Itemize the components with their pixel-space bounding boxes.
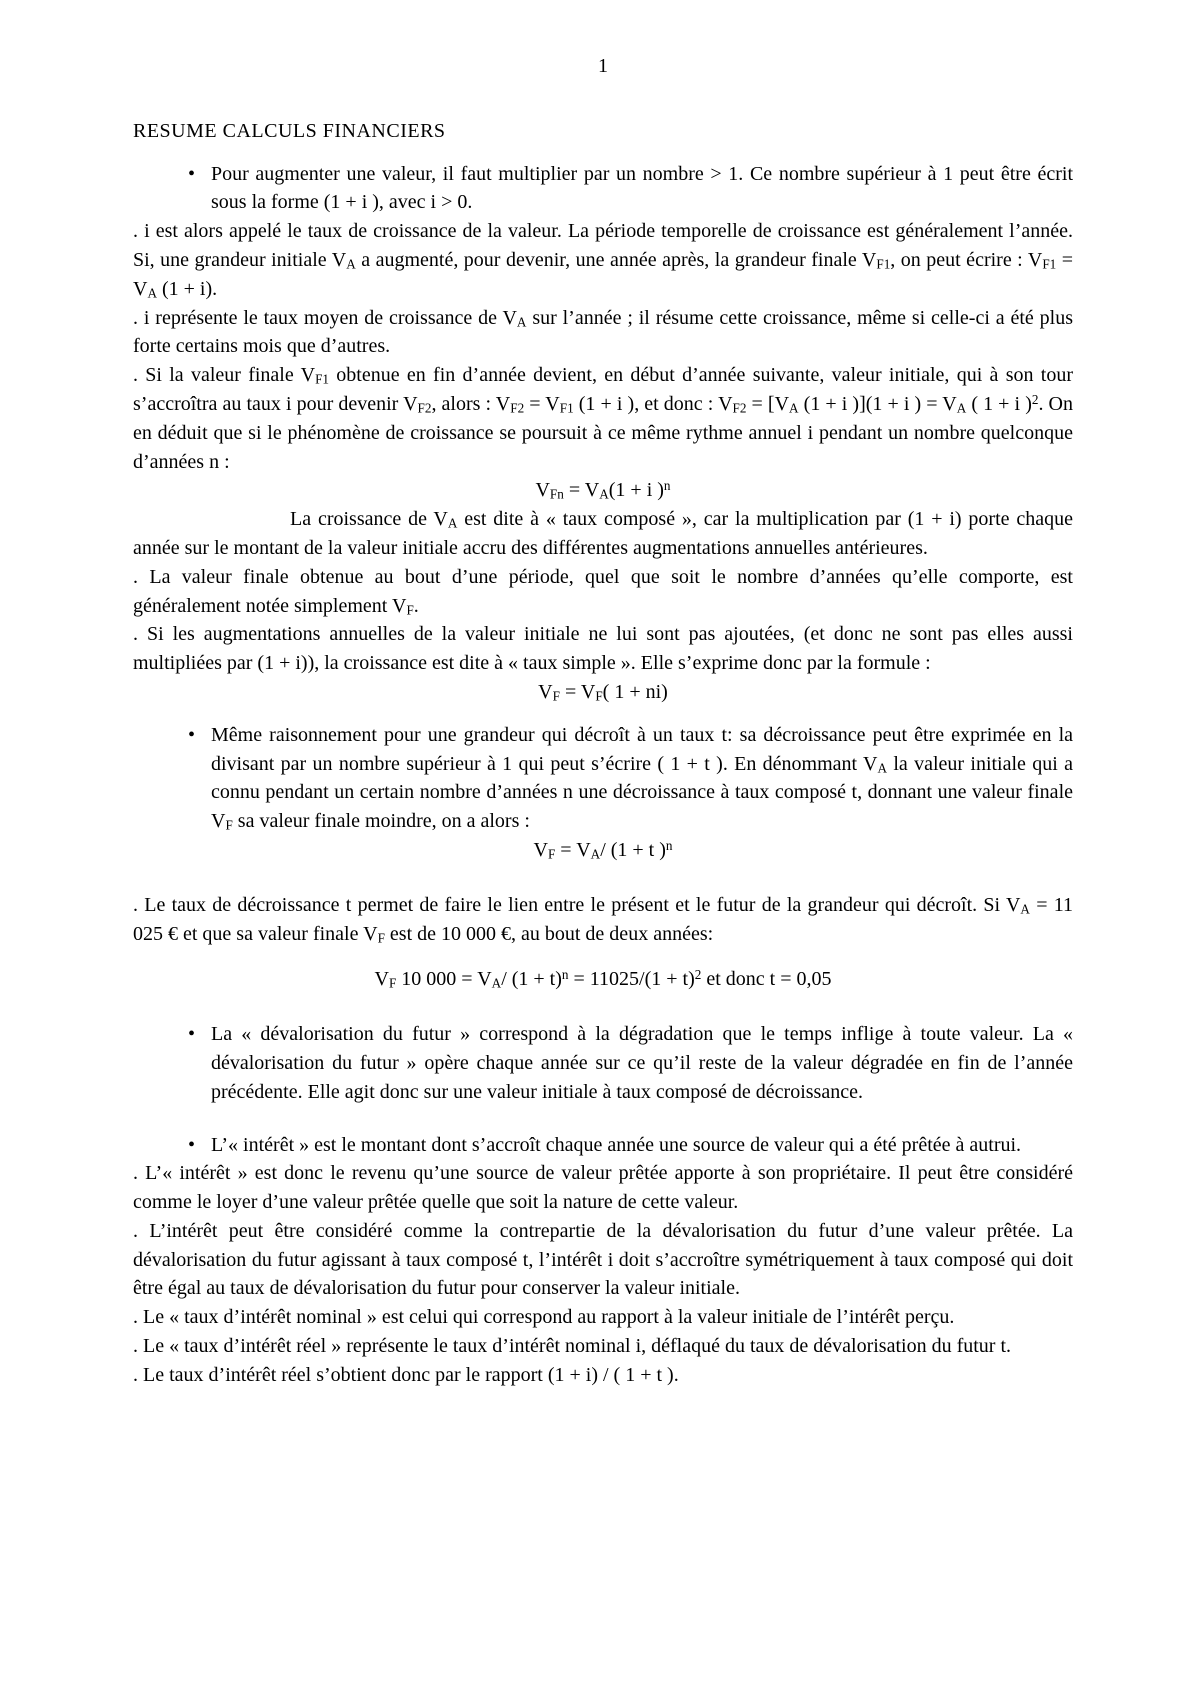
paragraph: . i représente le taux moyen de croissan… bbox=[133, 304, 1073, 362]
document-page: 1 RESUME CALCULS FINANCIERS • Pour augme… bbox=[0, 0, 1200, 1390]
formula-line: VFn = VA(1 + i )n bbox=[133, 476, 1073, 505]
bullet-item: • La « dévalorisation du futur » corresp… bbox=[133, 1020, 1073, 1106]
paragraph: La croissance de VA est dite à « taux co… bbox=[133, 505, 1073, 563]
bullet-item: • L’« intérêt » est le montant dont s’ac… bbox=[133, 1131, 1073, 1160]
paragraph: . L’« intérêt » est donc le revenu qu’un… bbox=[133, 1159, 1073, 1217]
bullet-marker: • bbox=[188, 721, 195, 750]
bullet-text: La « dévalorisation du futur » correspon… bbox=[211, 1023, 1073, 1103]
paragraph: . i est alors appelé le taux de croissan… bbox=[133, 217, 1073, 303]
paragraph: . Le taux d’intérêt réel s’obtient donc … bbox=[133, 1361, 1073, 1390]
formula-line: VF = VA/ (1 + t )n bbox=[133, 836, 1073, 865]
paragraph: . L’intérêt peut être considéré comme la… bbox=[133, 1217, 1073, 1303]
bullet-text: Pour augmenter une valeur, il faut multi… bbox=[211, 163, 1073, 214]
formula-line: VF = VF( 1 + ni) bbox=[133, 678, 1073, 707]
bullet-marker: • bbox=[188, 160, 195, 189]
bullet-item: • Même raisonnement pour une grandeur qu… bbox=[133, 721, 1073, 836]
paragraph: . Le taux de décroissance t permet de fa… bbox=[133, 891, 1073, 949]
paragraph: . Le « taux d’intérêt nominal » est celu… bbox=[133, 1303, 1073, 1332]
document-title: RESUME CALCULS FINANCIERS bbox=[133, 117, 1073, 146]
paragraph: . Si les augmentations annuelles de la v… bbox=[133, 620, 1073, 678]
bullet-text: L’« intérêt » est le montant dont s’accr… bbox=[211, 1134, 1021, 1156]
bullet-marker: • bbox=[188, 1131, 195, 1160]
formula-line: VF 10 000 = VA/ (1 + t)n = 11025/(1 + t)… bbox=[133, 965, 1073, 994]
paragraph: . Si la valeur finale VF1 obtenue en fin… bbox=[133, 361, 1073, 476]
paragraph: . Le « taux d’intérêt réel » représente … bbox=[133, 1332, 1073, 1361]
page-number: 1 bbox=[133, 52, 1073, 81]
bullet-item: • Pour augmenter une valeur, il faut mul… bbox=[133, 160, 1073, 218]
bullet-marker: • bbox=[188, 1020, 195, 1049]
bullet-text: Même raisonnement pour une grandeur qui … bbox=[211, 724, 1073, 832]
paragraph: . La valeur finale obtenue au bout d’une… bbox=[133, 563, 1073, 621]
